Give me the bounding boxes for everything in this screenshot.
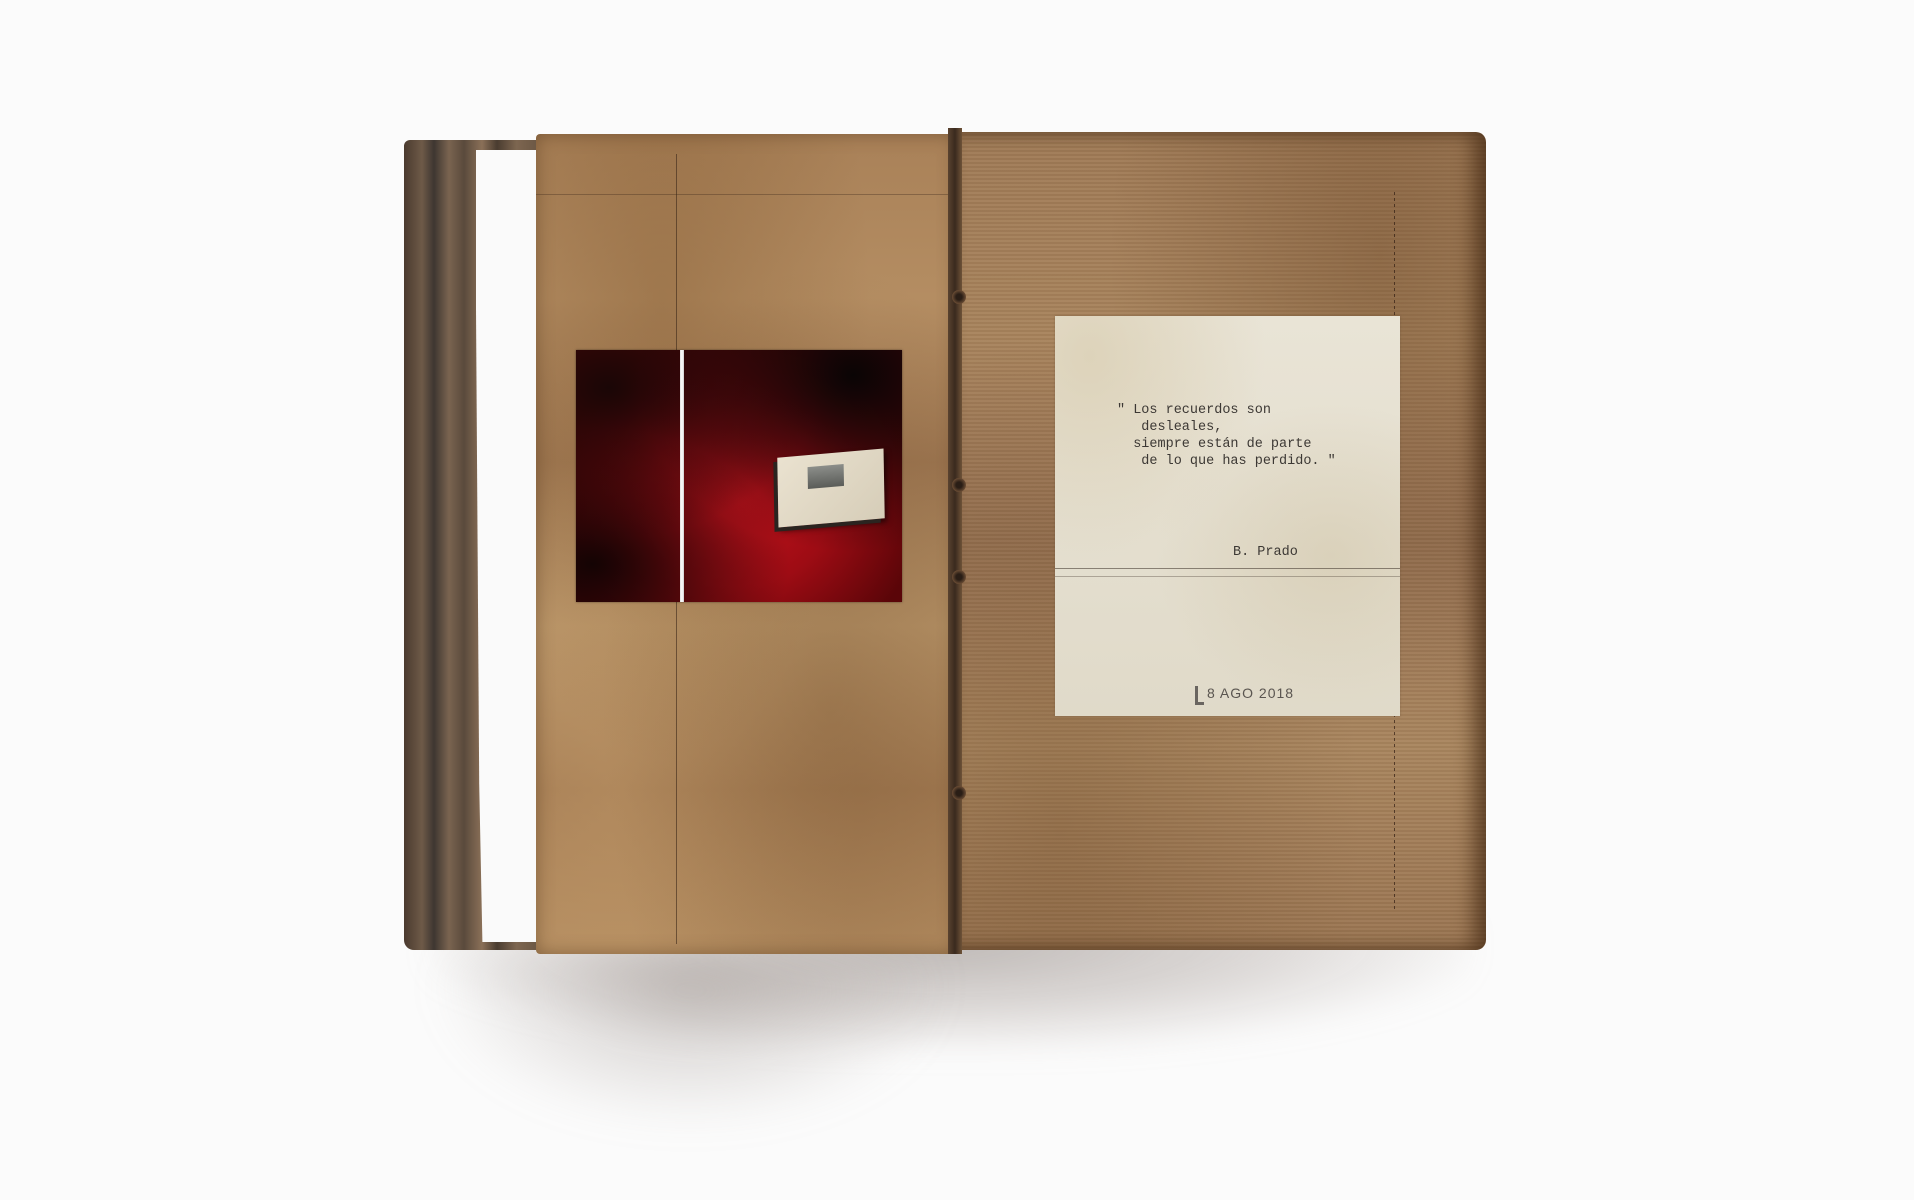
book-gutter [948, 128, 962, 954]
ruled-line [536, 194, 956, 195]
binding-stitch [952, 786, 966, 800]
artist-book-photo: " Los recuerdos son desleales, siempre e… [0, 0, 1914, 1200]
photo-crease [680, 350, 684, 602]
quote-text: " Los recuerdos son desleales, siempre e… [1117, 402, 1387, 470]
binding-stitch [952, 478, 966, 492]
book-shadow-lower [430, 950, 950, 1130]
red-bedsheet-photo [576, 350, 902, 602]
typed-rule [1055, 568, 1400, 569]
binding-stitch [952, 290, 966, 304]
typed-rule [1055, 576, 1400, 577]
stamp-corner-mark [1195, 686, 1204, 705]
typed-quote-note: " Los recuerdos son desleales, siempre e… [1055, 316, 1400, 716]
quote-author: B. Prado [1233, 545, 1298, 560]
date-stamp: 8 AGO 2018 [1207, 685, 1294, 701]
book-in-photo [777, 449, 884, 528]
book-cover-image [808, 464, 844, 489]
binding-stitch [952, 570, 966, 584]
